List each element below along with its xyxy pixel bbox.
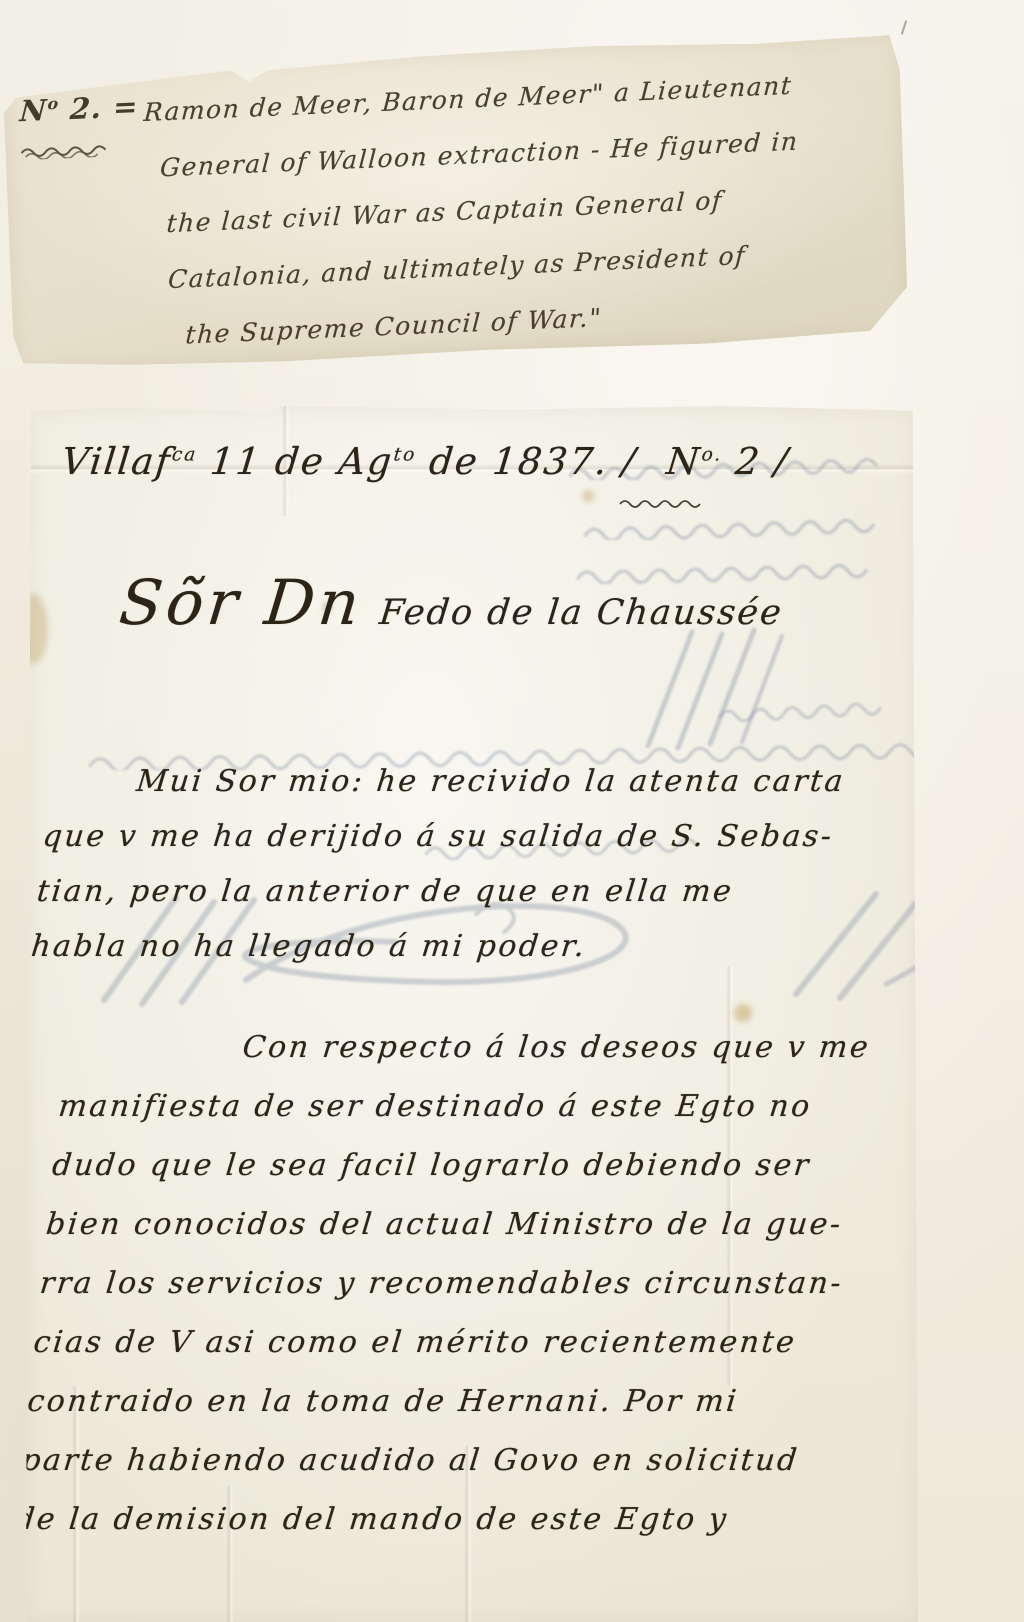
letter-paragraph: Mui Sor mio: he recivido la atenta carta… (28, 754, 917, 974)
fox-spot (582, 490, 594, 502)
bleedthrough-text (716, 698, 906, 722)
letter-number-sup: o. (701, 445, 724, 466)
letter-number-close: / (759, 440, 792, 483)
letter-line: tian, pero la anterior de que en ella me (34, 864, 906, 919)
letter-line: Mui Sor mio: he recivido la atenta carta (46, 754, 918, 809)
letter-line: habla no ha llegado á mi poder. (28, 919, 900, 974)
stray-pen-mark (901, 20, 908, 35)
letter-line: manifiesta de ser destinado á este Egto … (56, 1077, 928, 1136)
scanned-document-page: No 2. = Ramon de Meer, Baron de Meer" a … (0, 0, 1024, 1622)
docket-slip-paper: No 2. = Ramon de Meer, Baron de Meer" a … (2, 33, 911, 372)
bleedthrough-flourish (626, 624, 796, 754)
edge-stain (18, 594, 48, 664)
letter-number: No. 2 / (664, 440, 791, 483)
letter-paper: Villafca 11 de Agto de 1837. / No. 2 / S… (26, 406, 918, 1622)
dateline-month: 11 de Ag (194, 440, 395, 483)
letter-line: contraido en la toma de Hernani. Por mi (24, 1372, 896, 1431)
docket-note-text: Ramon de Meer, Baron de Meer" a Lieutena… (0, 53, 914, 372)
letter-line: de la demision del mando de este Egto y (12, 1490, 884, 1549)
letter-salutation: Sõr Dn Fedo de la Chaussée (116, 566, 788, 639)
letter-line: Con respecto á los deseos que v me (62, 1018, 934, 1077)
letter-dateline: Villafca 11 de Agto de 1837. / No. 2 / (60, 440, 792, 483)
dateline-place-sup: ca (171, 445, 199, 466)
dateline-year: de 1837. / (413, 440, 639, 483)
letter-line: bien conocidos del actual Ministro de la… (43, 1195, 915, 1254)
letter-line: dudo que le sea facil lograrlo debiendo … (49, 1136, 921, 1195)
letter-paragraph: Con respecto á los deseos que v me manif… (12, 1018, 934, 1549)
letter-number-underline-squiggle (618, 498, 704, 510)
bleedthrough-text (581, 514, 901, 540)
dateline-month-sup: to (393, 445, 418, 466)
letter-line: cias de V asi como el mérito recientemen… (31, 1313, 903, 1372)
letter-number-value: 2 (720, 440, 764, 483)
letter-line: que v me ha derijido á su salida de S. S… (40, 809, 912, 864)
letter-number-n: N (664, 440, 703, 483)
letter-line: parte habiendo acudido al Govo en solici… (18, 1431, 890, 1490)
dateline-place: Villaf (60, 440, 174, 483)
letter-line: rra los servicios y recomendables circun… (37, 1254, 909, 1313)
salutation-recipient-name: Fedo de la Chaussée (378, 593, 785, 633)
salutation-honorific: Sõr Dn (116, 566, 366, 639)
